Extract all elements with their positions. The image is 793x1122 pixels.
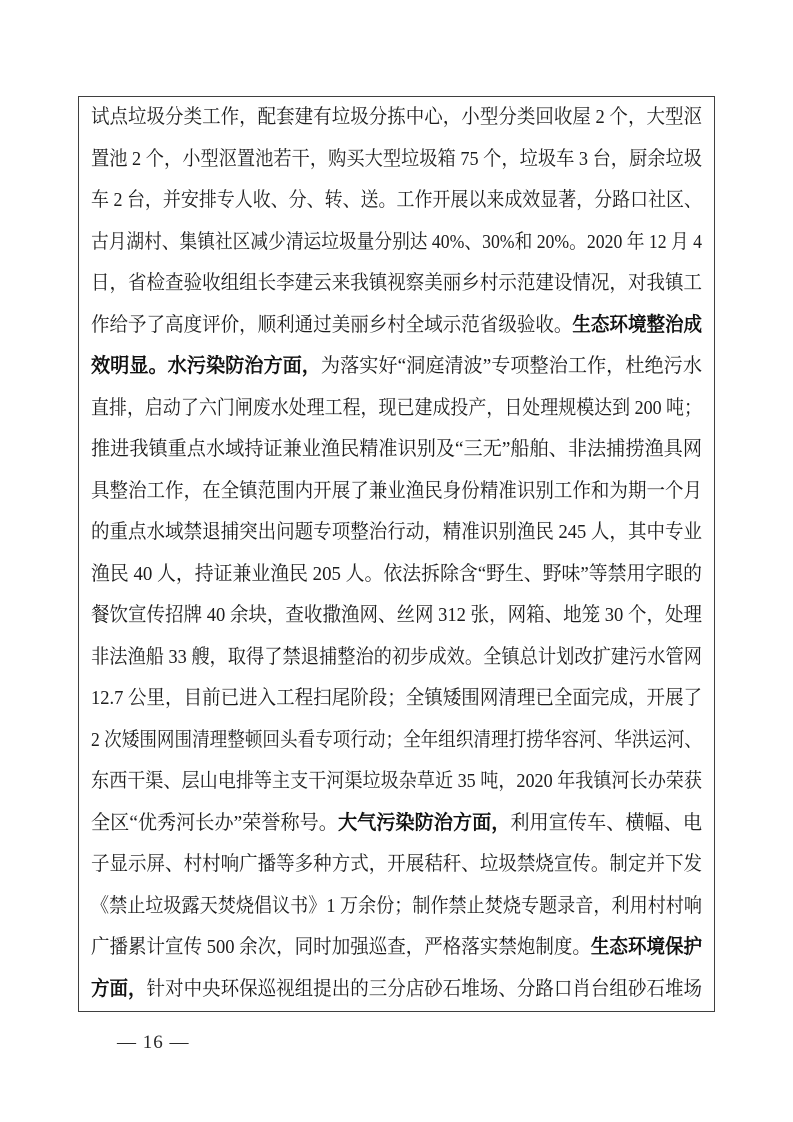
text-line-runs: 日，省检查验收组组长李建云来我镇视察美丽乡村示范建设情况，对我镇工 bbox=[91, 263, 702, 305]
text-run: 日，省检查验收组组长李建云来我镇视察美丽乡村示范建设情况，对我镇工 bbox=[91, 272, 702, 294]
text-line: 推进我镇重点水域持证兼业渔民精准识别及“三无”船舶、非法捕捞渔具网 bbox=[91, 429, 702, 471]
text-run: 广播累计宣传 500 余次，同时加强巡查，严格落实禁炮制度。 bbox=[91, 936, 591, 958]
text-line-runs: 试点垃圾分类工作，配套建有垃圾分拣中心，小型分类回收屋 2 个，大型沤 bbox=[91, 97, 702, 139]
text-line: 12.7 公里，目前已进入工程扫尾阶段；全镇矮围网清理已全面完成，开展了 bbox=[91, 678, 702, 720]
document-page: 试点垃圾分类工作，配套建有垃圾分拣中心，小型分类回收屋 2 个，大型沤置池 2 … bbox=[0, 0, 793, 1122]
text-run: 推进我镇重点水域持证兼业渔民精准识别及“三无”船舶、非法捕捞渔具网 bbox=[91, 438, 702, 460]
text-run: 作给予了高度评价，顺利通过美丽乡村全域示范省级验收。 bbox=[91, 314, 572, 336]
text-line: 日，省检查验收组组长李建云来我镇视察美丽乡村示范建设情况，对我镇工 bbox=[91, 263, 702, 305]
text-line-runs: 《禁止垃圾露天焚烧倡议书》1 万余份；制作禁止焚烧专题录音，利用村村响 bbox=[91, 886, 702, 928]
text-run: 12.7 公里，目前已进入工程扫尾阶段；全镇矮围网清理已全面完成，开展了 bbox=[91, 687, 702, 709]
text-run: 非法渔船 33 艘，取得了禁退捕整治的初步成效。全镇总计划改扩建污水管网 bbox=[91, 646, 702, 668]
text-line: 东西干渠、层山电排等主支干河渠垃圾杂草近 35 吨，2020 年我镇河长办荣获 bbox=[91, 761, 702, 803]
text-line-runs: 全区“优秀河长办”荣誉称号。大气污染防治方面，利用宣传车、横幅、电 bbox=[91, 803, 702, 845]
text-line-runs: 置池 2 个，小型沤置池若干，购买大型垃圾箱 75 个，垃圾车 3 台，厨余垃圾 bbox=[91, 139, 702, 181]
text-run: 古月湖村、集镇社区减少清运垃圾量分别达 40%、30%和 20%。2020 年 … bbox=[91, 231, 702, 253]
text-line-runs: 具整治工作，在全镇范围内开展了兼业渔民身份精准识别工作和为期一个月 bbox=[91, 471, 702, 513]
bold-text-run: 效明显。水污染防治方面， bbox=[91, 355, 321, 377]
text-line: 广播累计宣传 500 余次，同时加强巡查，严格落实禁炮制度。生态环境保护 bbox=[91, 927, 702, 969]
text-run: 餐饮宣传招牌 40 余块，查收撒渔网、丝网 312 张，网箱、地笼 30 个，处… bbox=[91, 604, 702, 626]
text-run: 《禁止垃圾露天焚烧倡议书》1 万余份；制作禁止焚烧专题录音，利用村村响 bbox=[91, 895, 702, 917]
bold-text-run: 生态环境整治成 bbox=[572, 314, 702, 336]
text-line-runs: 餐饮宣传招牌 40 余块，查收撒渔网、丝网 312 张，网箱、地笼 30 个，处… bbox=[91, 595, 702, 637]
page-number: — 16 — bbox=[117, 1031, 190, 1055]
text-line: 置池 2 个，小型沤置池若干，购买大型垃圾箱 75 个，垃圾车 3 台，厨余垃圾 bbox=[91, 139, 702, 181]
text-line-runs: 方面，针对中央环保巡视组提出的三分店砂石堆场、分路口肖台组砂石堆场 bbox=[91, 969, 702, 1011]
text-run: 全区“优秀河长办”荣誉称号。 bbox=[91, 812, 338, 834]
text-line: 《禁止垃圾露天焚烧倡议书》1 万余份；制作禁止焚烧专题录音，利用村村响 bbox=[91, 886, 702, 928]
text-run: 渔民 40 人，持证兼业渔民 205 人。依法拆除含“野生、野味”等禁用字眼的 bbox=[91, 563, 702, 585]
text-run: 直排，启动了六门闸废水处理工程，现已建成投产，日处理规模达到 200 吨； bbox=[91, 397, 702, 419]
text-line-runs: 作给予了高度评价，顺利通过美丽乡村全域示范省级验收。生态环境整治成 bbox=[91, 305, 702, 347]
text-line: 非法渔船 33 艘，取得了禁退捕整治的初步成效。全镇总计划改扩建污水管网 bbox=[91, 637, 702, 679]
text-line: 效明显。水污染防治方面，为落实好“洞庭清波”专项整治工作，杜绝污水 bbox=[91, 346, 702, 388]
text-line: 的重点水域禁退捕突出问题专项整治行动，精准识别渔民 245 人，其中专业 bbox=[91, 512, 702, 554]
text-line-runs: 广播累计宣传 500 余次，同时加强巡查，严格落实禁炮制度。生态环境保护 bbox=[91, 927, 702, 969]
text-line-runs: 子显示屏、村村响广播等多种方式，开展秸秆、垃圾禁烧宣传。制定并下发 bbox=[91, 844, 702, 886]
text-run: 的重点水域禁退捕突出问题专项整治行动，精准识别渔民 245 人，其中专业 bbox=[91, 521, 702, 543]
text-line: 子显示屏、村村响广播等多种方式，开展秸秆、垃圾禁烧宣传。制定并下发 bbox=[91, 844, 702, 886]
text-line-runs: 非法渔船 33 艘，取得了禁退捕整治的初步成效。全镇总计划改扩建污水管网 bbox=[91, 637, 702, 679]
text-line: 餐饮宣传招牌 40 余块，查收撒渔网、丝网 312 张，网箱、地笼 30 个，处… bbox=[91, 595, 702, 637]
text-line: 直排，启动了六门闸废水处理工程，现已建成投产，日处理规模达到 200 吨； bbox=[91, 388, 702, 430]
text-frame: 试点垃圾分类工作，配套建有垃圾分拣中心，小型分类回收屋 2 个，大型沤置池 2 … bbox=[78, 96, 715, 1012]
text-line: 古月湖村、集镇社区减少清运垃圾量分别达 40%、30%和 20%。2020 年 … bbox=[91, 222, 702, 264]
text-run: 试点垃圾分类工作，配套建有垃圾分拣中心，小型分类回收屋 2 个，大型沤 bbox=[91, 106, 702, 128]
text-run: 置池 2 个，小型沤置池若干，购买大型垃圾箱 75 个，垃圾车 3 台，厨余垃圾 bbox=[91, 148, 702, 170]
text-line: 车 2 台，并安排专人收、分、转、送。工作开展以来成效显著，分路口社区、 bbox=[91, 180, 702, 222]
text-run: 为落实好“洞庭清波”专项整治工作，杜绝污水 bbox=[321, 355, 702, 377]
text-run: 具整治工作，在全镇范围内开展了兼业渔民身份精准识别工作和为期一个月 bbox=[91, 480, 702, 502]
text-line-runs: 直排，启动了六门闸废水处理工程，现已建成投产，日处理规模达到 200 吨； bbox=[91, 388, 702, 430]
text-line-runs: 车 2 台，并安排专人收、分、转、送。工作开展以来成效显著，分路口社区、 bbox=[91, 180, 702, 222]
text-line: 2 次矮围网围清理整顿回头看专项行动；全年组织清理打捞华容河、华洪运河、 bbox=[91, 720, 702, 762]
bold-text-run: 大气污染防治方面， bbox=[338, 812, 510, 834]
text-run: 子显示屏、村村响广播等多种方式，开展秸秆、垃圾禁烧宣传。制定并下发 bbox=[91, 853, 702, 875]
bold-text-run: 生态环境保护 bbox=[591, 936, 702, 958]
text-run: 针对中央环保巡视组提出的三分店砂石堆场、分路口肖台组砂石堆场 bbox=[147, 978, 702, 1000]
text-line-runs: 古月湖村、集镇社区减少清运垃圾量分别达 40%、30%和 20%。2020 年 … bbox=[91, 222, 702, 264]
text-line-runs: 的重点水域禁退捕突出问题专项整治行动，精准识别渔民 245 人，其中专业 bbox=[91, 512, 702, 554]
text-run: 东西干渠、层山电排等主支干河渠垃圾杂草近 35 吨，2020 年我镇河长办荣获 bbox=[91, 770, 702, 792]
text-line: 渔民 40 人，持证兼业渔民 205 人。依法拆除含“野生、野味”等禁用字眼的 bbox=[91, 554, 702, 596]
text-line-runs: 渔民 40 人，持证兼业渔民 205 人。依法拆除含“野生、野味”等禁用字眼的 bbox=[91, 554, 702, 596]
text-line-runs: 效明显。水污染防治方面，为落实好“洞庭清波”专项整治工作，杜绝污水 bbox=[91, 346, 702, 388]
text-line: 作给予了高度评价，顺利通过美丽乡村全域示范省级验收。生态环境整治成 bbox=[91, 305, 702, 347]
document-body: 试点垃圾分类工作，配套建有垃圾分拣中心，小型分类回收屋 2 个，大型沤置池 2 … bbox=[91, 97, 702, 1010]
text-line: 试点垃圾分类工作，配套建有垃圾分拣中心，小型分类回收屋 2 个，大型沤 bbox=[91, 97, 702, 139]
bold-text-run: 方面， bbox=[91, 978, 147, 1000]
text-line: 具整治工作，在全镇范围内开展了兼业渔民身份精准识别工作和为期一个月 bbox=[91, 471, 702, 513]
text-line: 全区“优秀河长办”荣誉称号。大气污染防治方面，利用宣传车、横幅、电 bbox=[91, 803, 702, 845]
text-line-runs: 推进我镇重点水域持证兼业渔民精准识别及“三无”船舶、非法捕捞渔具网 bbox=[91, 429, 702, 471]
text-run: 2 次矮围网围清理整顿回头看专项行动；全年组织清理打捞华容河、华洪运河、 bbox=[91, 729, 702, 751]
text-run: 利用宣传车、横幅、电 bbox=[510, 812, 702, 834]
text-line: 方面，针对中央环保巡视组提出的三分店砂石堆场、分路口肖台组砂石堆场 bbox=[91, 969, 702, 1011]
text-line-runs: 12.7 公里，目前已进入工程扫尾阶段；全镇矮围网清理已全面完成，开展了 bbox=[91, 678, 702, 720]
text-run: 车 2 台，并安排专人收、分、转、送。工作开展以来成效显著，分路口社区、 bbox=[91, 189, 702, 211]
text-line-runs: 2 次矮围网围清理整顿回头看专项行动；全年组织清理打捞华容河、华洪运河、 bbox=[91, 720, 702, 762]
text-line-runs: 东西干渠、层山电排等主支干河渠垃圾杂草近 35 吨，2020 年我镇河长办荣获 bbox=[91, 761, 702, 803]
